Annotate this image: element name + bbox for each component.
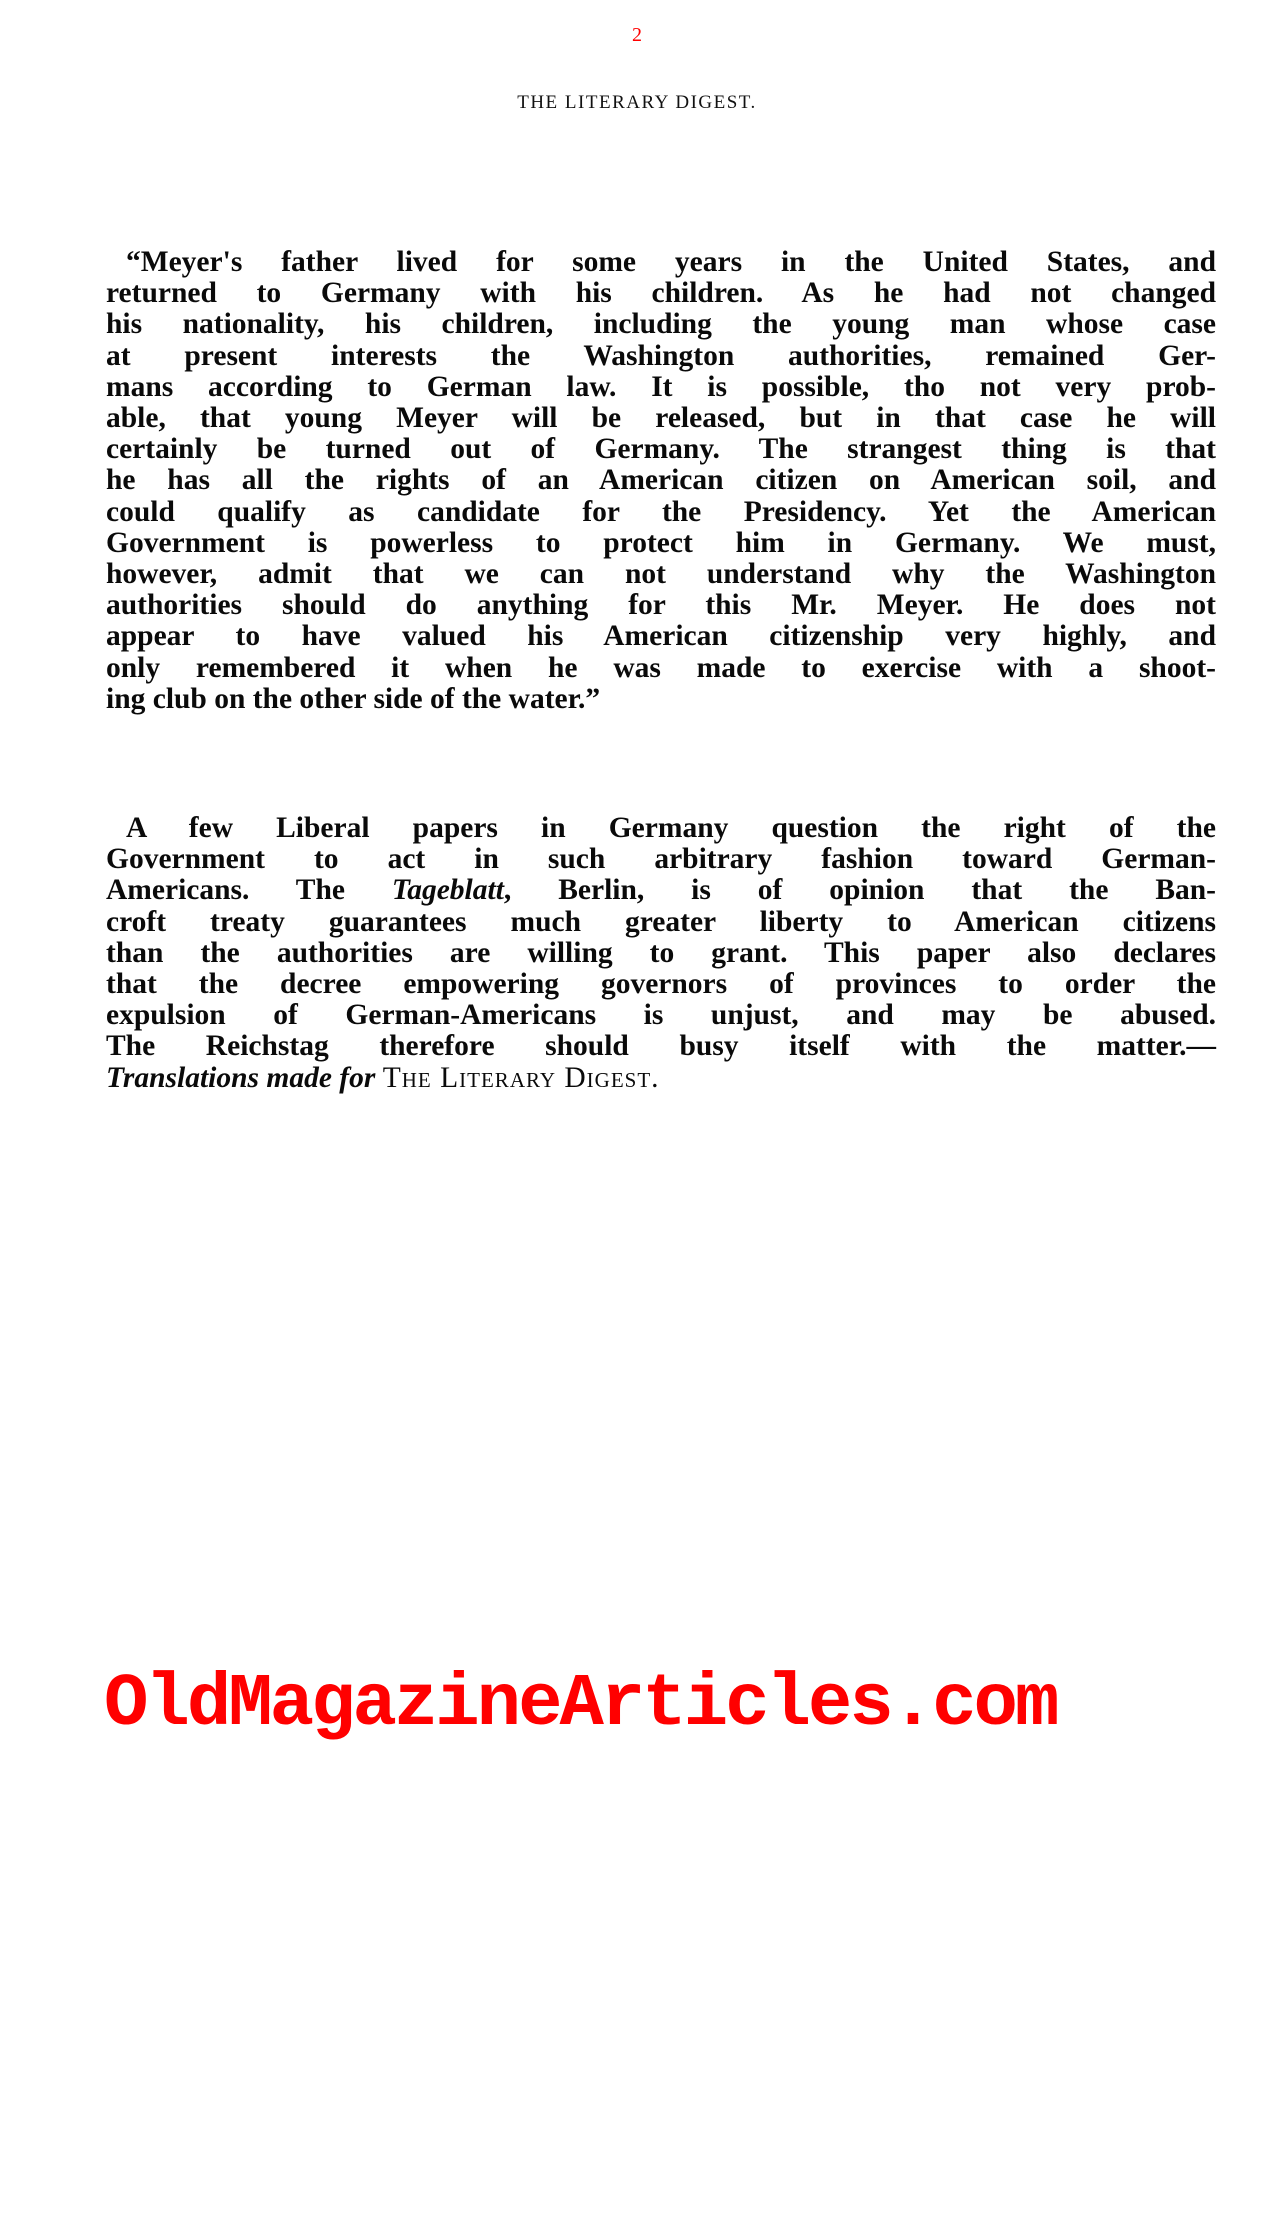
text-line: appear to have valued his American citiz… [106, 621, 1216, 652]
text-line: A few Liberal papers in Germany question… [106, 813, 1216, 844]
page-number: 2 [0, 24, 1274, 47]
text-line: at present interests the Washington auth… [106, 341, 1216, 372]
text-line: certainly be turned out of Germany. The … [106, 434, 1216, 465]
text-segment: Americans. The [106, 874, 392, 906]
text-line: croft treaty guarantees much greater lib… [106, 907, 1216, 938]
watermark-logo: OldMagazineArticles.com [104, 1660, 1180, 1750]
text-line: than the authorities are willing to gran… [106, 938, 1216, 969]
text-line: expulsion of German-Americans is unjust,… [106, 1000, 1216, 1031]
newspaper-name: Tageblatt [392, 874, 504, 906]
text-line: ing club on the other side of the water.… [106, 684, 1216, 715]
text-line: however, admit that we can not understan… [106, 559, 1216, 590]
credit-publication: The Literary Digest. [383, 1062, 660, 1094]
text-line: authorities should do anything for this … [106, 590, 1216, 621]
text-line: able, that young Meyer will be released,… [106, 403, 1216, 434]
credit-line: Translations made for The Literary Diges… [106, 1063, 1216, 1094]
credit-text: Translations made for [106, 1062, 375, 1094]
text-line: Government is powerless to protect him i… [106, 528, 1216, 559]
article-paragraph-quote: “Meyer's father lived for some years in … [106, 247, 1216, 715]
text-line: returned to Germany with his children. A… [106, 278, 1216, 309]
text-line: Government to act in such arbitrary fash… [106, 844, 1216, 875]
text-line: “Meyer's father lived for some years in … [106, 247, 1216, 278]
text-line: that the decree empowering governors of … [106, 969, 1216, 1000]
text-line: could qualify as candidate for the Presi… [106, 497, 1216, 528]
text-segment: , Berlin, is of opinion that the Ban- [504, 874, 1216, 906]
article-paragraph-commentary: A few Liberal papers in Germany question… [106, 813, 1216, 1094]
text-line: The Reichstag therefore should busy itse… [106, 1031, 1216, 1062]
publication-header: THE LITERARY DIGEST. [0, 92, 1274, 114]
text-line: his nationality, his children, including… [106, 309, 1216, 340]
text-line: mans according to German law. It is poss… [106, 372, 1216, 403]
text-line: he has all the rights of an American cit… [106, 465, 1216, 496]
text-line: Americans. The Tageblatt, Berlin, is of … [106, 875, 1216, 906]
text-line: only remembered it when he was made to e… [106, 653, 1216, 684]
